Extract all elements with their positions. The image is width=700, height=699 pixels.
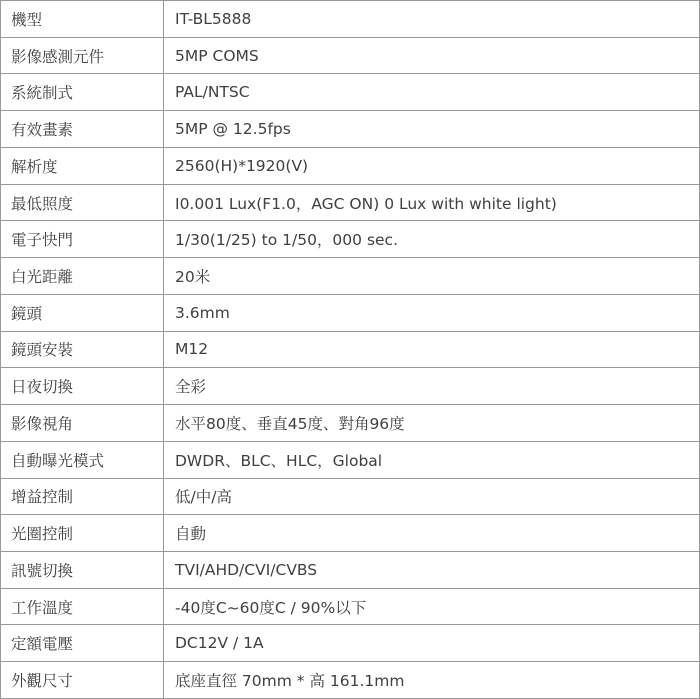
spec-label: 自動曝光模式 bbox=[1, 441, 164, 478]
specification-table-body: 機型 IT-BL5888 影像感測元件 5MP COMS 系統制式 PAL/NT… bbox=[1, 1, 700, 699]
spec-label: 有效畫素 bbox=[1, 111, 164, 148]
spec-value: -40度C~60度C / 90%以下 bbox=[164, 588, 700, 625]
spec-label: 光圈控制 bbox=[1, 515, 164, 552]
spec-label: 最低照度 bbox=[1, 184, 164, 221]
spec-value: PAL/NTSC bbox=[164, 74, 700, 111]
spec-value: 水平80度、垂直45度、對角96度 bbox=[164, 405, 700, 442]
spec-label: 影像視角 bbox=[1, 405, 164, 442]
table-row: 鏡頭 3.6mm bbox=[1, 294, 700, 331]
table-row: 增益控制 低/中/高 bbox=[1, 478, 700, 515]
spec-value: 3.6mm bbox=[164, 294, 700, 331]
table-row: 日夜切換 全彩 bbox=[1, 368, 700, 405]
table-row: 有效畫素 5MP @ 12.5fps bbox=[1, 111, 700, 148]
spec-label: 訊號切換 bbox=[1, 552, 164, 589]
spec-value: DWDR、BLC、HLC，Global bbox=[164, 441, 700, 478]
spec-value: 5MP @ 12.5fps bbox=[164, 111, 700, 148]
spec-value: IT-BL5888 bbox=[164, 1, 700, 38]
spec-value: 20米 bbox=[164, 258, 700, 295]
table-row: 自動曝光模式 DWDR、BLC、HLC，Global bbox=[1, 441, 700, 478]
table-row: 外觀尺寸 底座直徑 70mm * 高 161.1mm bbox=[1, 662, 700, 699]
table-row: 鏡頭安裝 M12 bbox=[1, 331, 700, 368]
table-row: 影像感測元件 5MP COMS bbox=[1, 37, 700, 74]
spec-label: 工作溫度 bbox=[1, 588, 164, 625]
table-row: 最低照度 I0.001 Lux(F1.0，AGC ON) 0 Lux with … bbox=[1, 184, 700, 221]
table-row: 解析度 2560(H)*1920(V) bbox=[1, 147, 700, 184]
table-row: 訊號切換 TVI/AHD/CVI/CVBS bbox=[1, 552, 700, 589]
spec-value: 低/中/高 bbox=[164, 478, 700, 515]
spec-label: 解析度 bbox=[1, 147, 164, 184]
table-row: 電子快門 1/30(1/25) to 1/50，000 sec. bbox=[1, 221, 700, 258]
spec-label: 外觀尺寸 bbox=[1, 662, 164, 699]
specification-table: 機型 IT-BL5888 影像感測元件 5MP COMS 系統制式 PAL/NT… bbox=[0, 0, 700, 699]
spec-label: 日夜切換 bbox=[1, 368, 164, 405]
spec-label: 機型 bbox=[1, 1, 164, 38]
table-row: 影像視角 水平80度、垂直45度、對角96度 bbox=[1, 405, 700, 442]
spec-value: 自動 bbox=[164, 515, 700, 552]
table-row: 光圈控制 自動 bbox=[1, 515, 700, 552]
spec-label: 鏡頭安裝 bbox=[1, 331, 164, 368]
table-row: 機型 IT-BL5888 bbox=[1, 1, 700, 38]
spec-value: DC12V / 1A bbox=[164, 625, 700, 662]
spec-label: 影像感測元件 bbox=[1, 37, 164, 74]
spec-value: 全彩 bbox=[164, 368, 700, 405]
spec-label: 系統制式 bbox=[1, 74, 164, 111]
table-row: 白光距離 20米 bbox=[1, 258, 700, 295]
table-row: 定額電壓 DC12V / 1A bbox=[1, 625, 700, 662]
spec-value: 1/30(1/25) to 1/50，000 sec. bbox=[164, 221, 700, 258]
table-row: 工作溫度 -40度C~60度C / 90%以下 bbox=[1, 588, 700, 625]
spec-label: 白光距離 bbox=[1, 258, 164, 295]
spec-value: M12 bbox=[164, 331, 700, 368]
spec-label: 增益控制 bbox=[1, 478, 164, 515]
spec-label: 鏡頭 bbox=[1, 294, 164, 331]
spec-value: I0.001 Lux(F1.0，AGC ON) 0 Lux with white… bbox=[164, 184, 700, 221]
spec-value: TVI/AHD/CVI/CVBS bbox=[164, 552, 700, 589]
spec-label: 電子快門 bbox=[1, 221, 164, 258]
spec-value: 5MP COMS bbox=[164, 37, 700, 74]
spec-label: 定額電壓 bbox=[1, 625, 164, 662]
spec-value: 2560(H)*1920(V) bbox=[164, 147, 700, 184]
table-row: 系統制式 PAL/NTSC bbox=[1, 74, 700, 111]
spec-value: 底座直徑 70mm * 高 161.1mm bbox=[164, 662, 700, 699]
